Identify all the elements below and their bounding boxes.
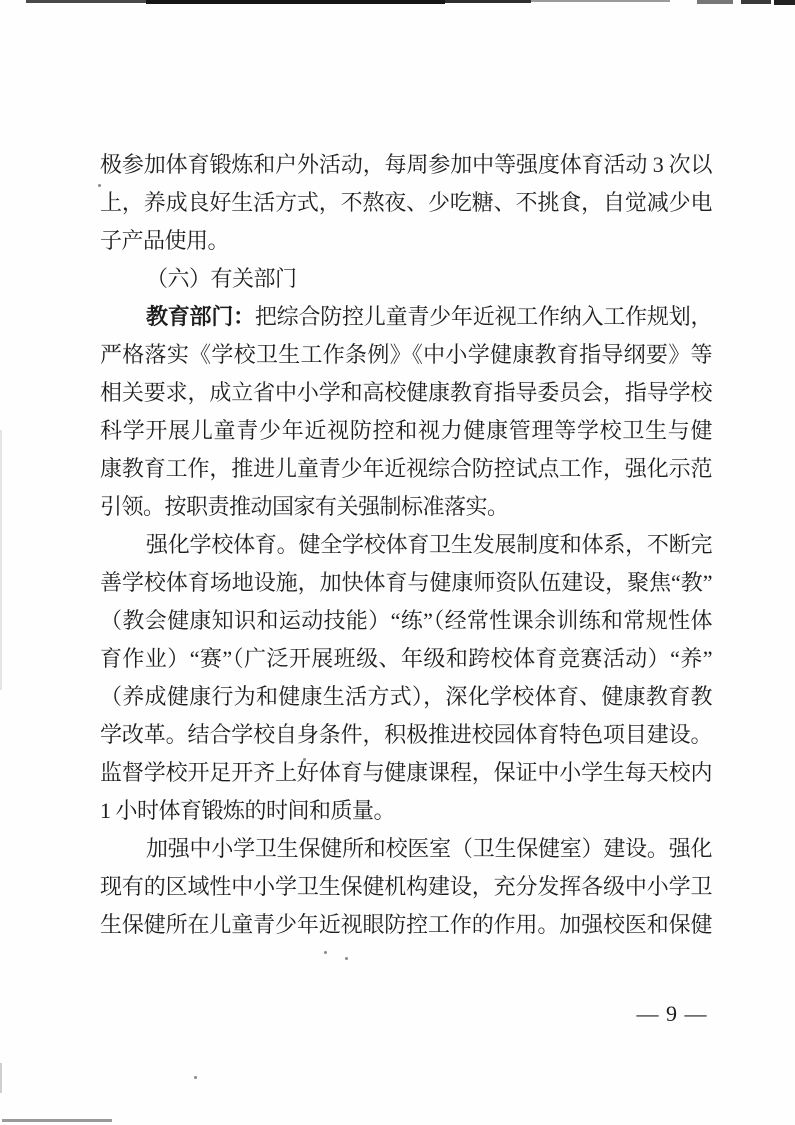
document-text-block: 极参加体育锻炼和户外活动，每周参加中等强度体育活动 3 次以 上，养成良好生活方… bbox=[100, 146, 712, 944]
text-line: 科学开展儿童青少年近视防控和视力健康管理等学校卫生与健 bbox=[100, 412, 712, 450]
text-line: 生保健所在儿童青少年近视眼防控工作的作用。加强校医和保健 bbox=[100, 906, 712, 944]
scan-speck bbox=[324, 951, 327, 954]
text-line: 严格落实《学校卫生工作条例》《中小学健康教育指导纲要》等 bbox=[100, 336, 712, 374]
text-line: （养成健康行为和健康生活方式），深化学校体育、健康教育教 bbox=[100, 678, 712, 716]
scan-artifact-bottom-edge bbox=[2, 1119, 112, 1122]
text-line: 现有的区域性中小学卫生保健机构建设，充分发挥各级中小学卫 bbox=[100, 868, 712, 906]
text-line: 康教育工作，推进儿童青少年近视综合防控试点工作，强化示范 bbox=[100, 450, 712, 488]
scan-artifact-top-edge bbox=[531, 0, 670, 2]
text-line: 引领。按职责推动国家有关强制标准落实。 bbox=[100, 488, 712, 526]
text-line: （教会健康知识和运动技能）“练”（经常性课余训练和常规性体 bbox=[100, 602, 712, 640]
text-line: 极参加体育锻炼和户外活动，每周参加中等强度体育活动 3 次以 bbox=[100, 146, 712, 184]
text-run: 把综合防控儿童青少年近视工作纳入工作规划， bbox=[255, 304, 712, 329]
text-line: 上，养成良好生活方式，不熬夜、少吃糖、不挑食，自觉减少电 bbox=[100, 184, 712, 222]
scan-speck bbox=[194, 1076, 197, 1079]
text-line: 相关要求，成立省中小学和高校健康教育指导委员会，指导学校 bbox=[100, 374, 712, 412]
scan-artifact-top-edge bbox=[445, 0, 531, 3]
scanned-page: 极参加体育锻炼和户外活动，每周参加中等强度体育活动 3 次以 上，养成良好生活方… bbox=[0, 0, 795, 1125]
text-line: 子产品使用。 bbox=[100, 222, 712, 260]
bold-run: 教育部门： bbox=[146, 304, 255, 329]
scan-artifact-left-edge bbox=[0, 1063, 2, 1093]
text-line: 学改革。结合学校自身条件，积极推进校园体育特色项目建设。 bbox=[100, 716, 712, 754]
scan-artifact-top-edge bbox=[774, 0, 795, 5]
text-line: 育作业）“赛”（广泛开展班级、年级和跨校体育竞赛活动）“养” bbox=[100, 640, 712, 678]
scan-artifact-top-edge bbox=[741, 0, 771, 4]
text-line: 监督学校开足开齐上好体育与健康课程，保证中小学生每天校内 bbox=[100, 754, 712, 792]
section-heading: （六）有关部门 bbox=[100, 260, 712, 298]
scan-artifact-left-edge bbox=[0, 430, 2, 690]
text-line: 善学校体育场地设施，加快体育与健康师资队伍建设，聚焦“教” bbox=[100, 564, 712, 602]
scan-artifact-top-edge bbox=[26, 0, 146, 3]
scan-speck bbox=[345, 957, 348, 960]
scan-artifact-top-edge bbox=[146, 0, 445, 4]
page-number: — 9 — bbox=[617, 1000, 727, 1028]
paragraph-lead-line: 加强中小学卫生保健所和校医室（卫生保健室）建设。强化 bbox=[100, 830, 712, 868]
text-line: 1 小时体育锻炼的时间和质量。 bbox=[100, 792, 712, 830]
paragraph-lead-line: 教育部门：把综合防控儿童青少年近视工作纳入工作规划， bbox=[100, 298, 712, 336]
paragraph-lead-line: 强化学校体育。健全学校体育卫生发展制度和体系，不断完 bbox=[100, 526, 712, 564]
scan-artifact-top-edge bbox=[697, 0, 733, 4]
